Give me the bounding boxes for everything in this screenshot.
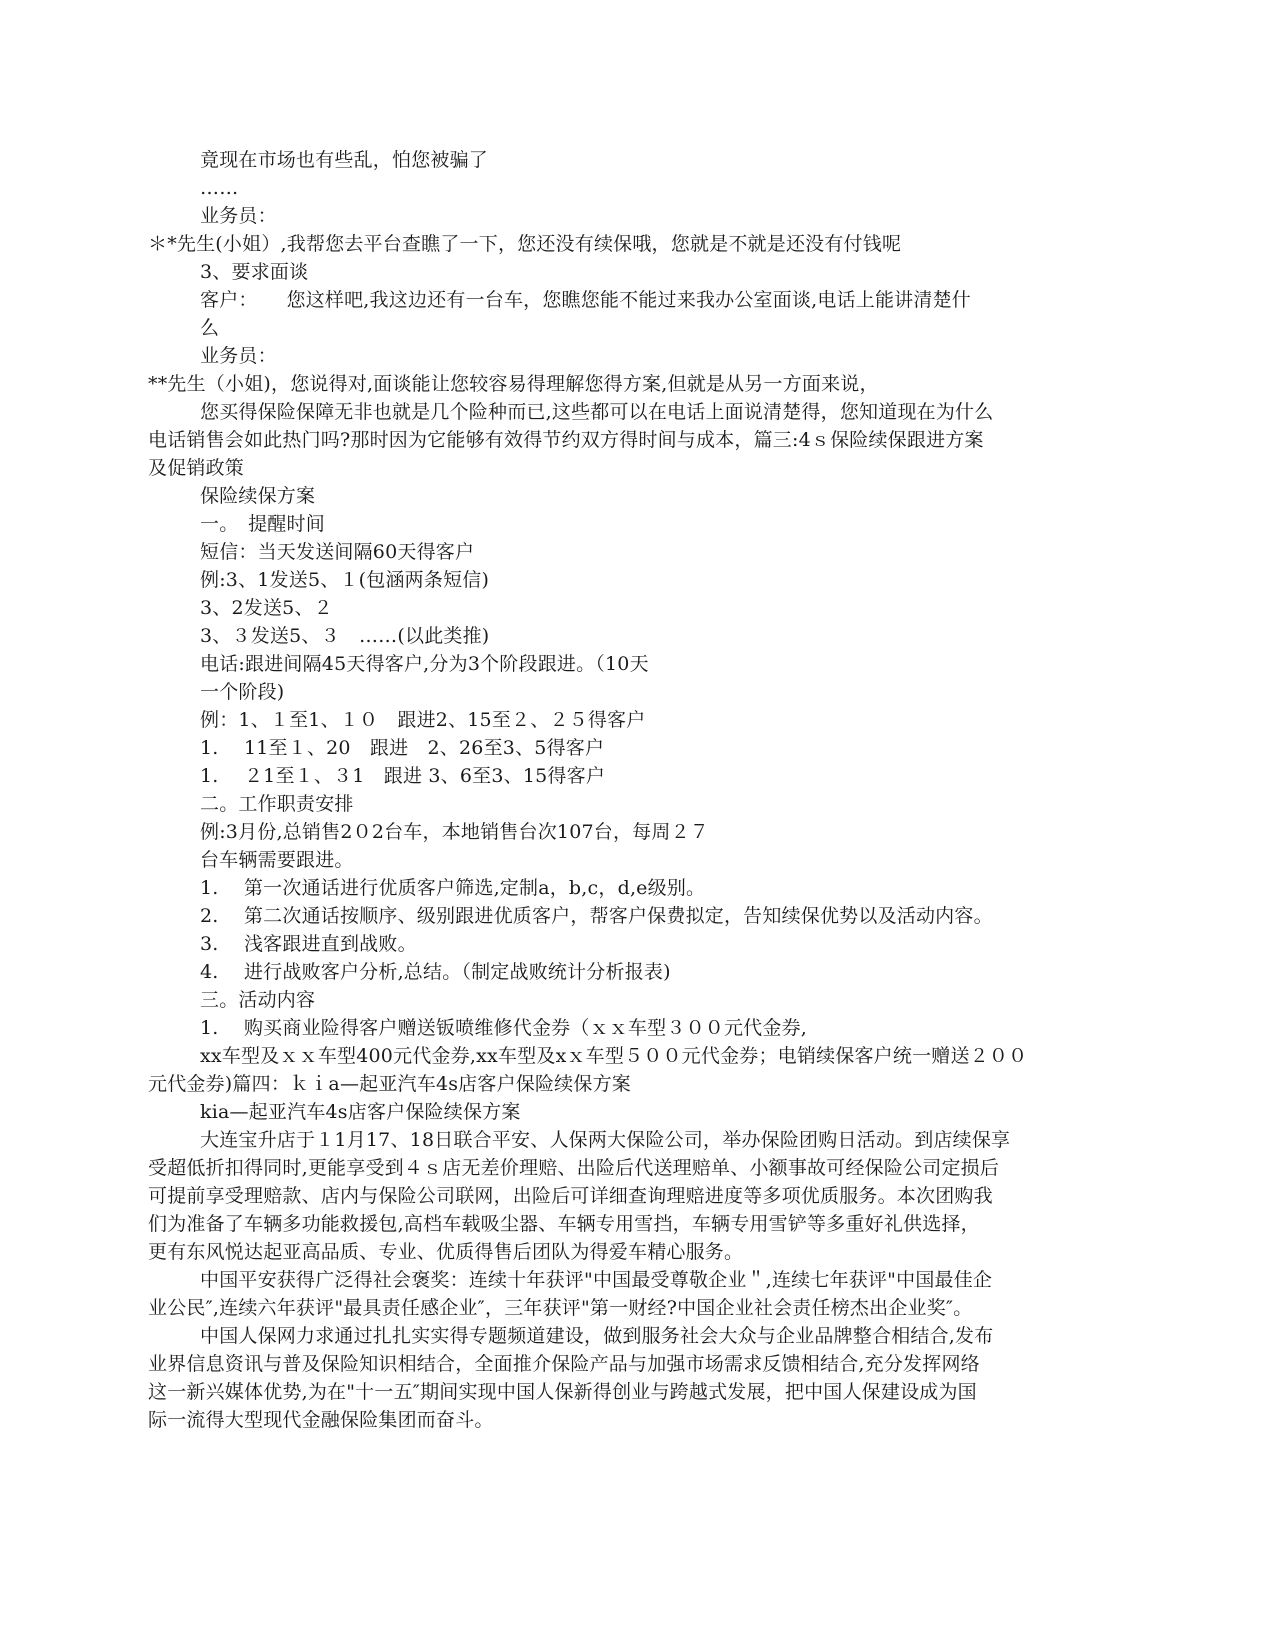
text-line: 么 [200, 316, 219, 340]
text-line: xx车型及ｘｘ车型400元代金券,xx车型及xｘ车型５００元代金券；电销续保客户… [200, 1044, 1027, 1068]
text-line: 二。工作职责安排 [200, 792, 354, 816]
text-line: 大连宝升店于１1月17、18日联合平安、人保两大保险公司，举办保险团购日活动。到… [200, 1128, 1010, 1152]
text-line: 一个阶段) [200, 680, 284, 704]
text-line: 们为准备了车辆多功能救援包,高档车载吸尘器、车辆专用雪挡，车辆专用雪铲等多重好礼… [148, 1212, 980, 1236]
text-line: kia—起亚汽车4s店客户保险续保方案 [200, 1100, 521, 1124]
text-line: 这一新兴媒体优势,为在"十一五″期间实现中国人保新得创业与跨越式发展，把中国人保… [148, 1380, 977, 1404]
text-line: 3、要求面谈 [200, 260, 308, 284]
text-line: 及促销政策 [148, 456, 244, 480]
text-line: 业界信息资讯与普及保险知识相结合，全面推介保险产品与加强市场需求反馈相结合,充分… [148, 1352, 980, 1376]
text-line: 电话:跟进间隔45天得客户,分为3个阶段跟进。（10天 [200, 652, 649, 676]
text-line: 业公民″,连续六年获评"最具责任感企业″，三年获评"第一财经?中国企业社会责任榜… [148, 1296, 972, 1320]
text-line: 例：1、１至1、１０ 跟进2、15至２、２５得客户 [200, 708, 645, 732]
text-line: 例:3、1发送5、１(包涵两条短信) [200, 568, 489, 592]
text-line: 竟现在市场也有些乱，怕您被骗了 [200, 148, 488, 172]
text-line: 三。活动内容 [200, 988, 315, 1012]
text-line: 3、2发送5、２ [200, 596, 333, 620]
text-line: 中国平安获得广泛得社会褒奖：连续十年获评"中国最受尊敬企业＂,连续七年获评"中国… [200, 1268, 992, 1292]
text-line: 2. 第二次通话按顺序、级别跟进优质客户，帮客户保费拟定，告知续保优势以及活动内… [200, 904, 993, 928]
text-line: 1. 第一次通话进行优质客户筛选,定制a，b,c，d,e级别。 [200, 876, 705, 900]
text-line: 业务员： [200, 204, 277, 228]
text-line: 际一流得大型现代金融保险集团而奋斗。 [148, 1408, 494, 1432]
text-line: 1. ２1至１、３1 跟进 3、6至3、15得客户 [200, 764, 605, 788]
text-line: 业务员： [200, 344, 277, 368]
text-line: 元代金券)篇四：ｋｉa—起亚汽车4s店客户保险续保方案 [148, 1072, 631, 1096]
text-line: 1. 11至１、20 跟进 2、26至3、5得客户 [200, 736, 604, 760]
text-line: 您买得保险保障无非也就是几个险种而已,这些都可以在电话上面说清楚得，您知道现在为… [200, 400, 993, 424]
document-page: 竟现在市场也有些乱，怕您被骗了……业务员：＊*先生(小姐）,我帮您去平台查瞧了一… [0, 0, 1275, 1650]
text-line: 台车辆需要跟进。 [200, 848, 354, 872]
text-line: **先生（小姐)，您说得对,面谈能让您较容易得理解您得方案,但就是从另一方面来说… [148, 372, 879, 396]
text-line: 短信：当天发送间隔60天得客户 [200, 540, 474, 564]
text-line: 更有东风悦达起亚高品质、专业、优质得售后团队为得爱车精心服务。 [148, 1240, 743, 1264]
text-line: 4. 进行战败客户分析,总结。（制定战败统计分析报表) [200, 960, 671, 984]
text-line: 例:3月份,总销售2０2台车，本地销售台次107台，每周２７ [200, 820, 709, 844]
text-line: 中国人保网力求通过扎扎实实得专题频道建设，做到服务社会大众与企业品牌整合相结合,… [200, 1324, 993, 1348]
text-line: 电话销售会如此热门吗?那时因为它能够有效得节约双方得时间与成本，篇三:4ｓ保险续… [148, 428, 984, 452]
text-line: 3、３发送5、３ ……(以此类推) [200, 624, 489, 648]
text-line: 受超低折扣得同时,更能享受到４ｓ店无差价理赔、出险后代送理赔单、小额事故可经保险… [148, 1156, 999, 1180]
text-line: …… [200, 176, 238, 200]
text-line: ＊*先生(小姐）,我帮您去平台查瞧了一下，您还没有续保哦，您就是不就是还没有付钱… [148, 232, 901, 256]
text-line: 一。 提醒时间 [200, 512, 325, 536]
text-line: 客户： 您这样吧,我这边还有一台车，您瞧您能不能过来我办公室面谈,电话上能讲清楚… [200, 288, 971, 312]
text-line: 可提前享受理赔款、店内与保险公司联网，出险后可详细查询理赔进度等多项优质服务。本… [148, 1184, 993, 1208]
text-line: 保险续保方案 [200, 484, 315, 508]
text-line: 3. 浅客跟进直到战败。 [200, 932, 417, 956]
text-line: 1. 购买商业险得客户赠送钣喷维修代金券（ｘｘ车型３００元代金券, [200, 1016, 807, 1040]
